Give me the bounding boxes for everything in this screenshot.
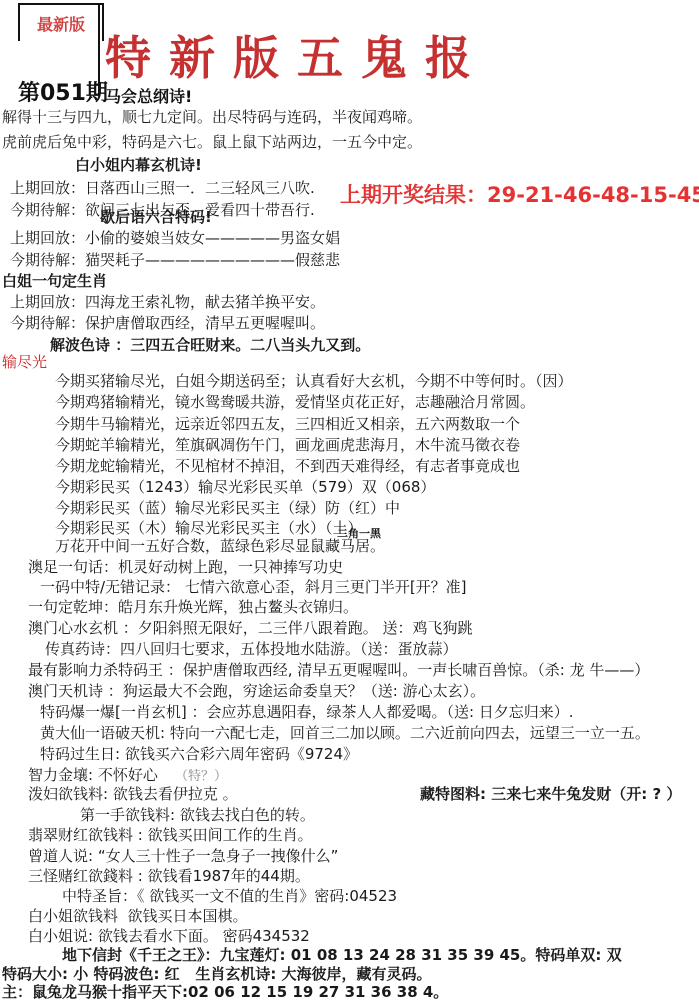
text-line: 特码过生日: 欲钱买六合彩六周年密码《9724》 — [40, 745, 358, 764]
text-line: 今期彩民买（蓝）输尽光彩民买主（绿）防（红）中 — [55, 499, 400, 518]
text-line: 今期蛇羊输精光，笙旗砜凋伤午门，画龙画虎悲海月，木牛流马徵衣卷 — [55, 436, 520, 455]
text-line: 上期开奖结果：29-21-46-48-15-45 特05 — [340, 186, 699, 205]
text-line: 三怪赌红欲錢料 : 欲钱看1987年的44期。 — [28, 867, 310, 886]
text-line: 第一手欲钱料: 欲钱去找白色的转。 — [80, 806, 315, 825]
text-line: 白姐一句定生肖 — [2, 272, 107, 291]
text-line: 黄大仙一语破天机: 特向一六配七走，回首三二加以顾。二六近前向四去，远望三一立一… — [40, 724, 650, 743]
text-line: 最有影响力杀特码王 ：保护唐僧取西经, 清早五更喔喔叫。一声长啸百兽惊。（杀: … — [28, 661, 649, 680]
text-line: 歇后语六合特码! — [100, 208, 212, 227]
text-line: 今期彩民买（木）输尽光彩民买主（水）（土） — [55, 519, 363, 538]
text-line: 澳足一句话：机灵好动树上跑，一只神捧写功史 — [28, 558, 343, 577]
text-line: 输尽光 — [2, 353, 47, 372]
text-line: 传真药诗：四八回归七要求，五体投地水陆游。（送：蛋放蒜） — [45, 640, 458, 659]
text-line: 今期鸡猪输精光，镜水鸳鸯暖共游，爱情坚贞花正好，志趣融洽月常圆。 — [55, 393, 535, 412]
text-line: 上期回放：日落西山三照一．二三轻风三八吹. — [10, 179, 315, 198]
text-line: 澳门天机诗 ：狗运最大不会跑，穷途运命委皇天？（送: 游心太玄）。 — [28, 682, 485, 701]
text-line: 万花开中间一五好合数，蓝绿色彩尽显鼠藏马居。 — [55, 537, 385, 556]
text-line: 今期待解：保护唐僧取西经，清早五更喔喔叫。 — [10, 314, 325, 333]
text-line: 主：鼠兔龙马猴十指平天下:02 06 12 15 19 27 31 36 38 … — [2, 983, 448, 1000]
text-line: 上期回放：小偷的婆娘当妓女—————男盗女娼 — [10, 229, 340, 248]
text-line: 今期买猪输尽光，白姐今期送码至；认真看好大玄机，今期不中等何时。（因） — [55, 372, 573, 391]
text-line: 今期龙蛇输精光，不见棺材不掉泪，不到西天难得经，有志者事竟成也 — [55, 457, 520, 476]
text-line: 地下信封《千王之王》：九宝莲灯: 01 08 13 24 28 31 35 39… — [62, 946, 622, 965]
text-line: 一码中特/无错记录： 七情六欲意心歪，斜月三更门半开[开？准] — [40, 578, 467, 597]
text-line: 虎前虎后兔中彩，特码是六七。鼠上鼠下站两边，一五今中定。 — [2, 133, 422, 152]
text-line: 泼妇欲钱料: 欲钱去看伊拉克 。 — [28, 785, 238, 804]
text-line: 今期牛马输精光，远亲近邻四五友，三四相近又相亲，五六两数取一个 — [55, 415, 520, 434]
text-line: 特码爆一爆[一肖玄机] ：会应苏息遇阳春，绿茶人人都爱喝。（送: 日夕忘归来）. — [40, 703, 574, 722]
text-line: 今期彩民买（1243）输尽光彩民买单（579）双（068） — [55, 478, 435, 497]
text-line: 白小姐说: 欲钱去看水下面。 密码434532 — [28, 927, 310, 946]
text-line: 上期回放：四海龙王索礼物，献去猪羊换平安。 — [10, 293, 325, 312]
edition-badge: 最新版 — [18, 3, 104, 41]
issue-number: 第051期 — [18, 76, 108, 107]
text-line: 智力金壤: 不怀好心 — [28, 766, 158, 785]
text-line: 今期待解：猫哭耗子——————————假慈悲 — [10, 251, 340, 270]
text-line: 中特圣旨：《 欲钱买一文不值的生肖》密码:04523 — [62, 887, 397, 906]
text-line: 曾道人说: “女人三十性子一急身子一拽像什么” — [28, 847, 338, 866]
text-line: 解波色诗 ：三四五合旺财来。二八当头九又到。 — [50, 336, 370, 355]
page-title: 特新版五鬼报 — [105, 22, 489, 88]
text-line: 白小姐内幕玄机诗! — [75, 156, 202, 175]
text-line: 特码大小: 小 特码波色: 红 生肖玄机诗: 大海彼岸，藏有灵码。 — [2, 965, 432, 984]
edition-badge-label: 最新版 — [37, 12, 85, 35]
text-line: 澳门心水玄机 ：夕阳斜照无限好，二三伴八跟着跑。 送：鸡飞狗跳 — [28, 619, 473, 638]
text-line: 藏特图料: 三来七来牛兔发财（开: ? ） — [420, 785, 681, 804]
text-line: 翡翠财红欲钱料 : 欲钱买田间工作的生肖。 — [28, 826, 313, 845]
text-line: 一句定乾坤：皓月东升焕光辉，独占鳌头衣锦归。 — [28, 598, 358, 617]
text-line: 白小姐欲钱料 欲钱买日本国棋。 — [28, 907, 248, 926]
issue-subtitle: 马会总纲诗! — [105, 84, 192, 107]
lottery-tip-sheet: 最新版 特新版五鬼报 第051期 马会总纲诗! 解得十三与四九，顺七九定间。出尽… — [0, 0, 699, 1000]
text-line: （特？） — [175, 767, 227, 786]
text-line: 解得十三与四九，顺七九定间。出尽特码与连码，半夜闻鸡啼。 — [2, 108, 422, 127]
